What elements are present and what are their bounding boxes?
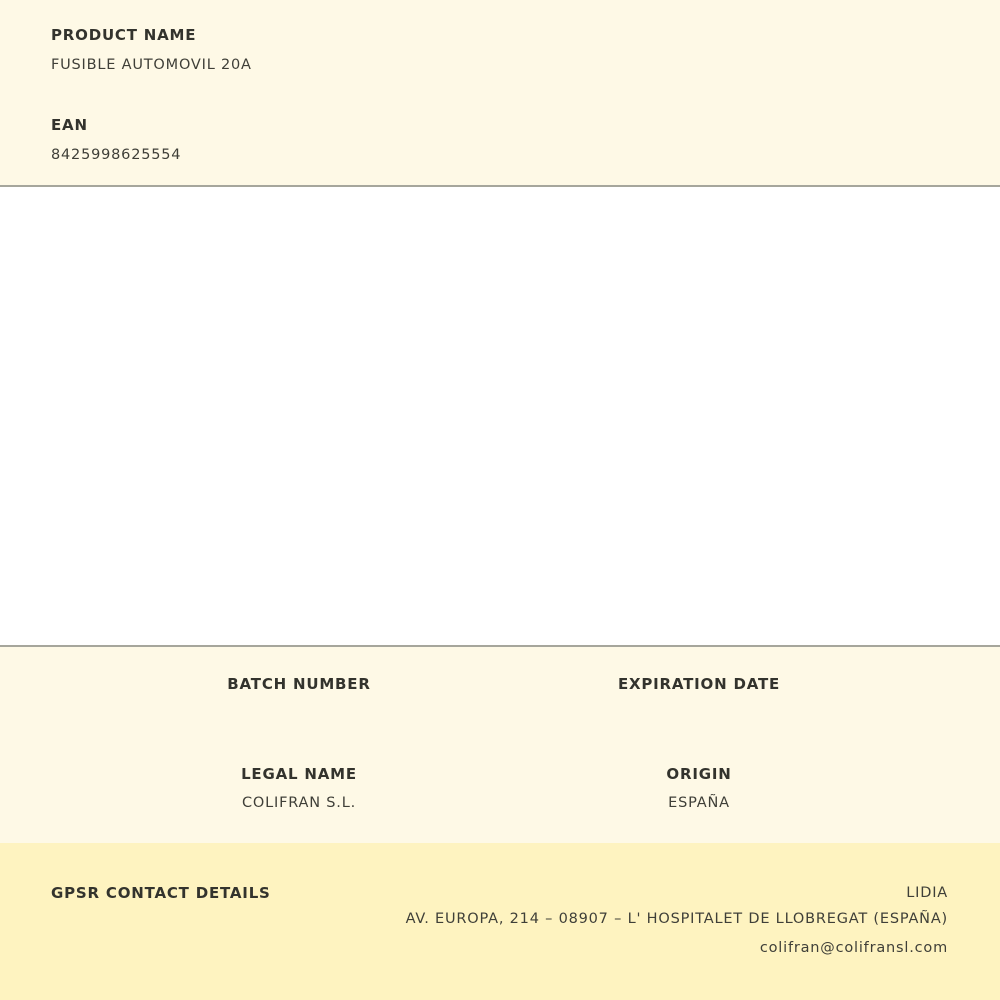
gpsr-contact-name: LIDIA: [906, 885, 948, 901]
product-name-value: FUSIBLE AUTOMOVIL 20A: [51, 57, 252, 73]
expiration-date-label: EXPIRATION DATE: [618, 675, 780, 693]
gpsr-contact-email[interactable]: colifran@colifransl.com: [760, 940, 948, 956]
gpsr-contact-panel: GPSR CONTACT DETAILS LIDIA AV. EUROPA, 2…: [0, 843, 1000, 1000]
ean-value: 8425998625554: [51, 147, 181, 163]
product-name-label: PRODUCT NAME: [51, 26, 196, 44]
origin-value: ESPAÑA: [668, 795, 730, 811]
gpsr-contact-label: GPSR CONTACT DETAILS: [51, 884, 271, 902]
origin-label: ORIGIN: [666, 765, 731, 783]
gpsr-contact-address: AV. EUROPA, 214 – 08907 – L' HOSPITALET …: [406, 911, 948, 927]
ean-label: EAN: [51, 116, 88, 134]
details-panel: BATCH NUMBER EXPIRATION DATE LEGAL NAME …: [0, 645, 1000, 845]
image-area: [0, 187, 1000, 645]
legal-name-value: COLIFRAN S.L.: [242, 795, 356, 811]
legal-name-label: LEGAL NAME: [241, 765, 357, 783]
batch-number-label: BATCH NUMBER: [227, 675, 370, 693]
product-info-panel: PRODUCT NAME FUSIBLE AUTOMOVIL 20A EAN 8…: [0, 0, 1000, 187]
